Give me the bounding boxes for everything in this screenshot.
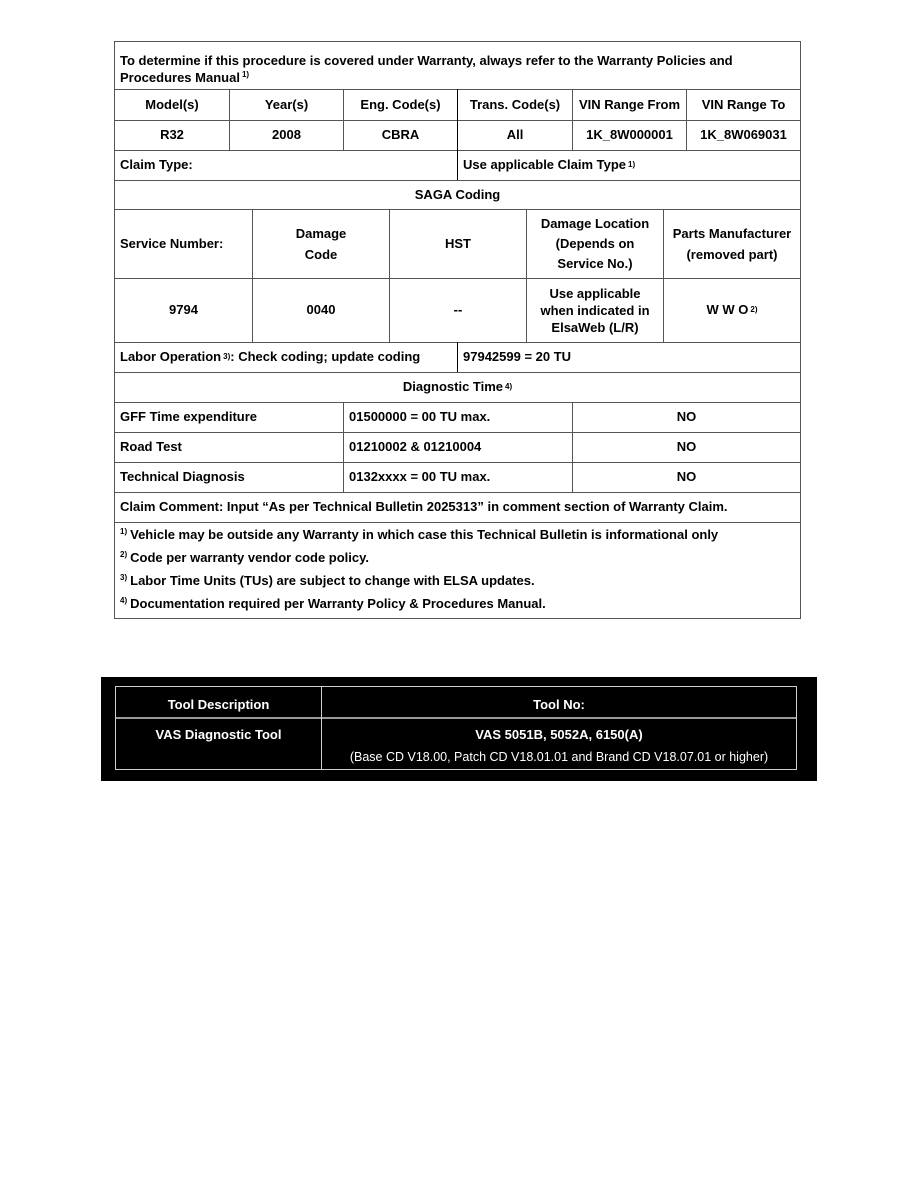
diag-row-name: GFF Time expenditure [115, 403, 343, 432]
saga-hst: -- [390, 279, 526, 342]
footnote-text: Labor Time Units (TUs) are subject to ch… [130, 573, 535, 588]
tool-description: VAS Diagnostic Tool [116, 727, 321, 742]
vehicle-value-cell: 2008 [230, 121, 343, 150]
saga-service-number: 9794 [115, 279, 252, 342]
saga-header-parts-manufacturer: Parts Manufacturer (removed part) [664, 210, 800, 278]
saga-damage-location: Use applicable when indicated in ElsaWeb… [527, 279, 663, 342]
vehicle-header-cell: Year(s) [230, 90, 343, 120]
footnote-ref: 2) [750, 305, 757, 315]
vehicle-header-cell: Trans. Code(s) [458, 90, 572, 120]
tool-header-description: Tool Description [116, 697, 321, 712]
footnote-text: Documentation required per Warranty Poli… [130, 596, 546, 611]
footnote-ref: 4) [505, 382, 512, 392]
diag-row-value: NO [573, 463, 800, 492]
saga-coding-title: SAGA Coding [115, 181, 800, 209]
saga-header-service-number: Service Number: [115, 210, 252, 278]
saga-header-hst: HST [390, 210, 526, 278]
tool-note: (Base CD V18.00, Patch CD V18.01.01 and … [322, 750, 796, 764]
saga-header-damage-code: Damage Code [253, 210, 389, 278]
footnote-item: 3)Labor Time Units (TUs) are subject to … [120, 573, 535, 588]
table-border-bottom [114, 618, 801, 619]
labor-label-text: Labor Operation [120, 349, 221, 366]
footnote-mark: 3) [120, 573, 127, 582]
vehicle-header-cell: Model(s) [115, 90, 229, 120]
footnote-mark: 1) [120, 527, 127, 536]
vehicle-value-cell: R32 [115, 121, 229, 150]
vehicle-header-cell: VIN Range To [687, 90, 800, 120]
diag-row-code: 0132xxxx = 00 TU max. [344, 463, 572, 492]
claim-comment: Claim Comment: Input “As per Technical B… [115, 493, 800, 522]
parts-manufacturer-text: W W O [706, 302, 748, 319]
vehicle-header-cell: VIN Range From [573, 90, 686, 120]
vehicle-value-cell: CBRA [344, 121, 457, 150]
diag-row-name: Road Test [115, 433, 343, 462]
tool-border-right [796, 686, 797, 770]
tool-header-number: Tool No: [322, 697, 796, 712]
diag-row-code: 01210002 & 01210004 [344, 433, 572, 462]
footnote-item: 4)Documentation required per Warranty Po… [120, 596, 546, 611]
saga-parts-manufacturer: W W O2) [664, 279, 800, 342]
vehicle-value-cell: 1K_8W069031 [687, 121, 800, 150]
vehicle-header-cell: Eng. Code(s) [344, 90, 457, 120]
tool-number: VAS 5051B, 5052A, 6150(A) [322, 727, 796, 742]
warranty-intro: To determine if this procedure is covere… [115, 42, 800, 89]
claim-type-label: Claim Type: [115, 151, 457, 180]
diag-row-name: Technical Diagnosis [115, 463, 343, 492]
labor-operation-value: 97942599 = 20 TU [458, 343, 800, 372]
footnote-ref: 1) [242, 70, 249, 79]
diag-title-text: Diagnostic Time [403, 379, 503, 396]
tool-table: Tool Description Tool No: VAS Diagnostic… [101, 677, 817, 781]
footnote-item: 1)Vehicle may be outside any Warranty in… [120, 527, 718, 542]
claim-type-value: Use applicable Claim Type1) [458, 151, 800, 180]
tool-border-bottom [115, 769, 797, 770]
labor-operation-label: Labor Operation3): Check coding; update … [115, 343, 457, 372]
table-border-right [800, 41, 801, 619]
vehicle-value-cell: 1K_8W000001 [573, 121, 686, 150]
footnote-ref: 3) [223, 352, 230, 362]
saga-header-damage-location: Damage Location (Depends on Service No.) [527, 210, 663, 278]
labor-desc-text: : Check coding; update coding [230, 349, 420, 366]
footnote-text: Vehicle may be outside any Warranty in w… [130, 527, 718, 542]
diagnostic-time-title: Diagnostic Time4) [115, 373, 800, 402]
vehicle-value-cell: All [458, 121, 572, 150]
footnote-mark: 4) [120, 596, 127, 605]
tool-border-top [115, 686, 797, 687]
footnote-item: 2)Code per warranty vendor code policy. [120, 550, 369, 565]
warranty-intro-text: To determine if this procedure is covere… [120, 53, 733, 85]
diag-row-value: NO [573, 403, 800, 432]
footnote-ref: 1) [628, 160, 635, 170]
saga-damage-code: 0040 [253, 279, 389, 342]
claim-type-text: Use applicable Claim Type [463, 157, 626, 174]
footnote-text: Code per warranty vendor code policy. [130, 550, 369, 565]
diag-row-value: NO [573, 433, 800, 462]
diag-row-code: 01500000 = 00 TU max. [344, 403, 572, 432]
row-divider [114, 522, 801, 523]
footnote-mark: 2) [120, 550, 127, 559]
tool-header-divider [115, 717, 797, 719]
